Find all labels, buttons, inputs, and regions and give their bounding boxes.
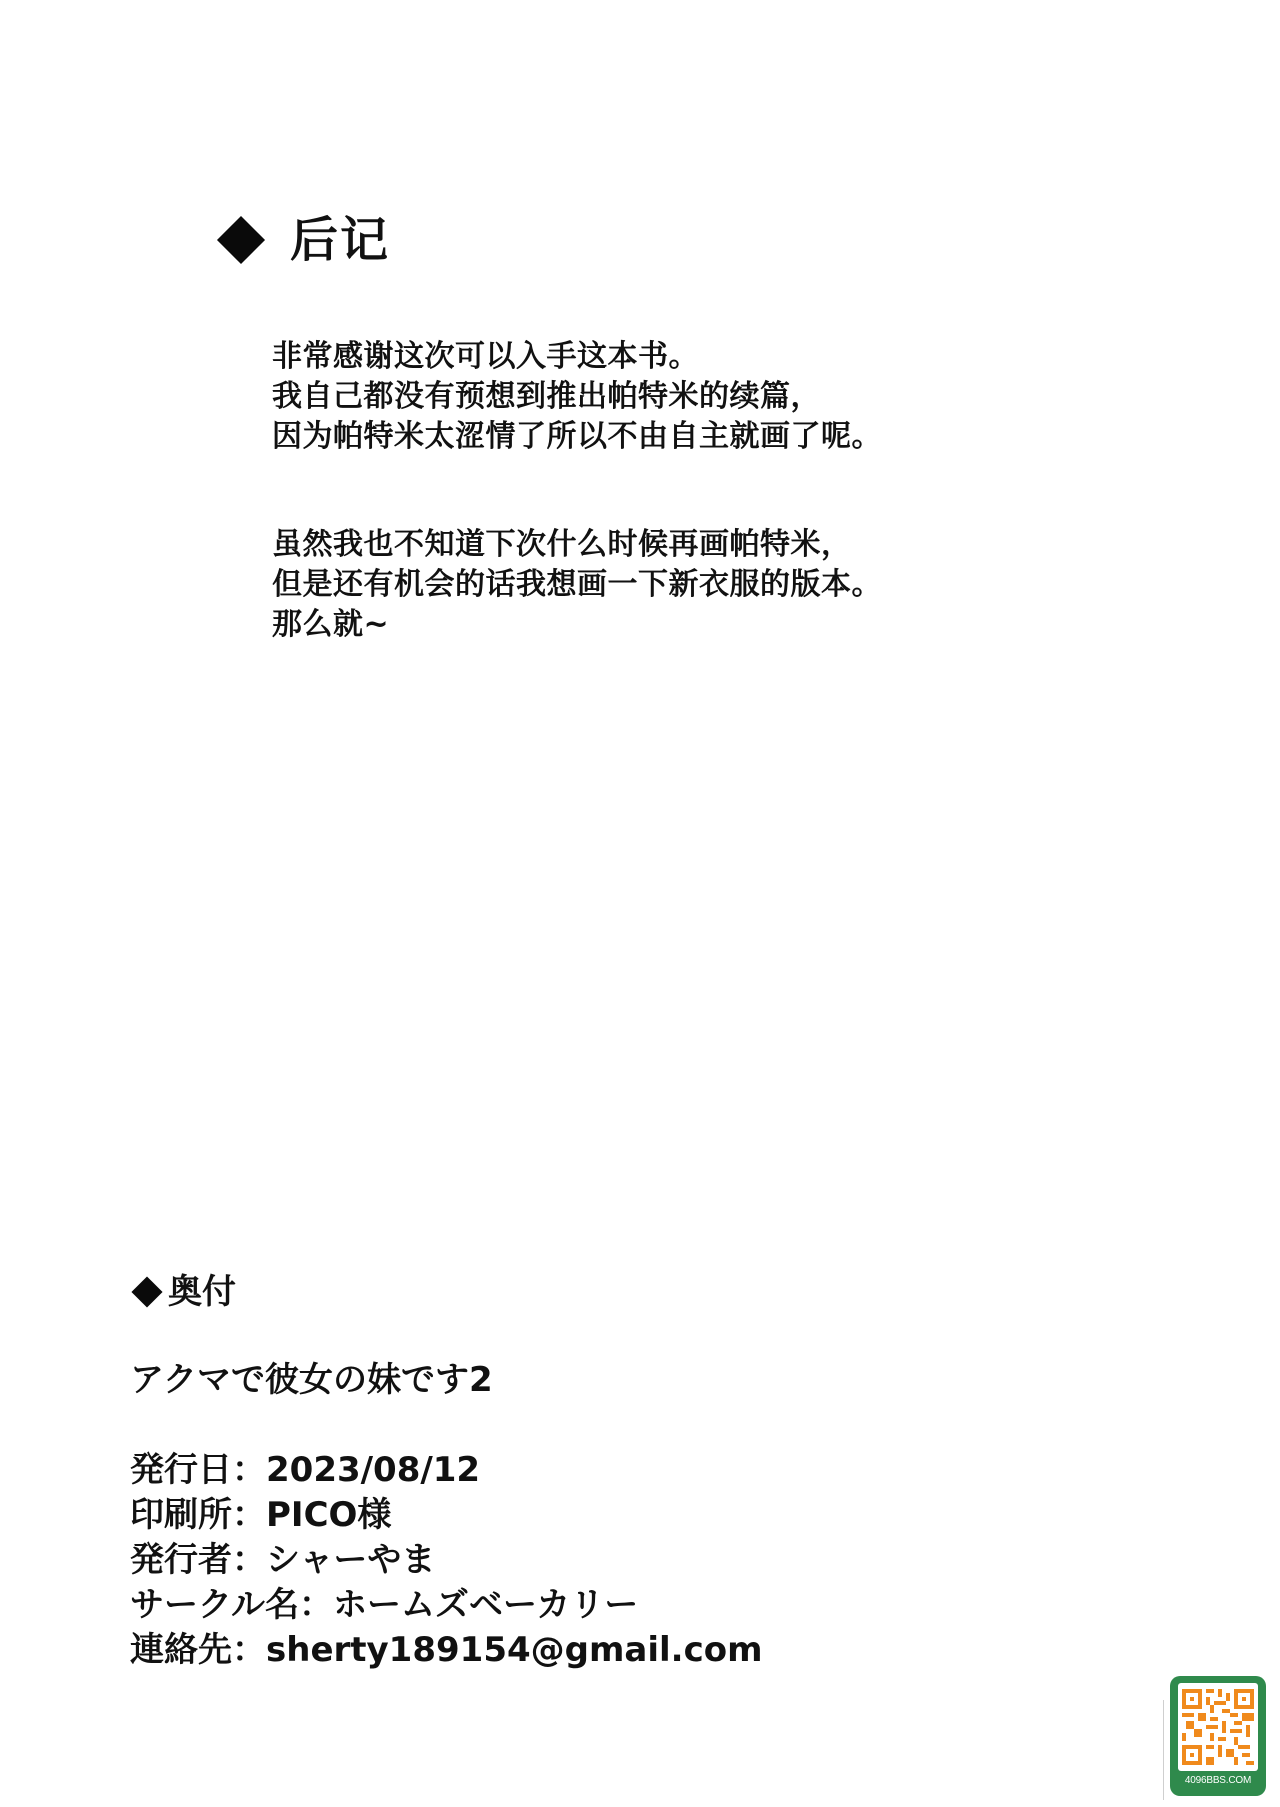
colophon-label: 発行日 xyxy=(130,1448,232,1493)
colophon-row-circle-name: サークル名 ： ホームズベーカリー xyxy=(130,1583,763,1628)
diamond-bullet-icon xyxy=(131,1276,162,1307)
colophon-separator: ： xyxy=(232,1448,266,1493)
badge-shadow xyxy=(1163,1700,1164,1800)
colophon-separator: ： xyxy=(299,1583,333,1628)
colophon-list: 発行日 ： 2023/08/12 印刷所 ： PICO様 発行者 ： シャーやま… xyxy=(130,1448,763,1673)
watermark-badge[interactable]: 4096BBS.COM xyxy=(1170,1676,1266,1796)
text-line: 但是还有机会的话我想画一下新衣服的版本。 xyxy=(272,565,882,605)
afterword-paragraph-1: 非常感谢这次可以入手这本书。 我自己都没有预想到推出帕特米的续篇， 因为帕特米太… xyxy=(272,337,882,457)
colophon-separator: ： xyxy=(232,1538,266,1583)
watermark-label: 4096BBS.COM xyxy=(1178,1771,1258,1791)
afterword-heading: 后记 xyxy=(212,210,390,270)
colophon-separator: ： xyxy=(232,1628,266,1673)
colophon-label: 発行者 xyxy=(130,1538,232,1583)
colophon-value: ホームズベーカリー xyxy=(333,1583,638,1628)
qr-code-icon xyxy=(1178,1683,1258,1771)
text-line: 因为帕特米太涩情了所以不由自主就画了呢。 xyxy=(272,417,882,457)
colophon-value: 2023/08/12 xyxy=(266,1448,480,1493)
colophon-value: PICO様 xyxy=(266,1493,391,1538)
colophon-row-release-date: 発行日 ： 2023/08/12 xyxy=(130,1448,763,1493)
colophon-value: sherty189154@gmail.com xyxy=(266,1628,763,1673)
colophon-row-contact: 連絡先 ： sherty189154@gmail.com xyxy=(130,1628,763,1673)
colophon-value: シャーやま xyxy=(266,1538,435,1583)
document-page: 后记 非常感谢这次可以入手这本书。 我自己都没有预想到推出帕特米的续篇， 因为帕… xyxy=(0,0,1280,1807)
colophon-row-publisher: 発行者 ： シャーやま xyxy=(130,1538,763,1583)
colophon-label: サークル名 xyxy=(130,1583,299,1628)
colophon-label: 印刷所 xyxy=(130,1493,232,1538)
text-line: 那么就~ xyxy=(272,605,882,645)
colophon-separator: ： xyxy=(232,1493,266,1538)
colophon-heading: 奥付 xyxy=(130,1270,236,1314)
colophon-label: 連絡先 xyxy=(130,1628,232,1673)
afterword-title: 后记 xyxy=(290,210,390,270)
text-line: 我自己都没有预想到推出帕特米的续篇， xyxy=(272,377,882,417)
text-line: 虽然我也不知道下次什么时候再画帕特米， xyxy=(272,525,882,565)
text-line: 非常感谢这次可以入手这本书。 xyxy=(272,337,882,377)
afterword-paragraph-2: 虽然我也不知道下次什么时候再画帕特米， 但是还有机会的话我想画一下新衣服的版本。… xyxy=(272,525,882,645)
diamond-bullet-icon xyxy=(217,216,265,264)
colophon-title: 奥付 xyxy=(168,1270,236,1314)
colophon-row-printer: 印刷所 ： PICO様 xyxy=(130,1493,763,1538)
book-title: アクマで彼女の妹です2 xyxy=(130,1358,493,1402)
